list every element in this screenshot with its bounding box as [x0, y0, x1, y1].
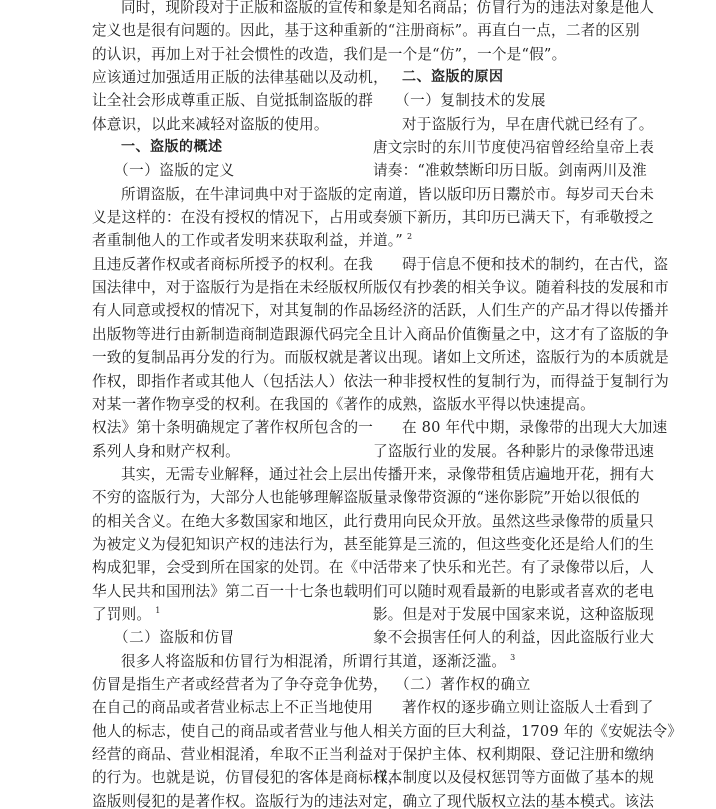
line-text: 了罚则。: [92, 606, 151, 623]
body-text-line: 华人民共和国刑法》第二百一十七条也载明: [92, 580, 344, 603]
body-text-line: 传播开来，录像带租赁店遍地开花，拥有大: [373, 463, 625, 486]
line-text: 碍于信息不便和技术的制约，在古代，盗: [402, 256, 668, 273]
line-text: 其实，无需专业解释，通过社会上层出: [121, 466, 373, 483]
body-text-line: 构成犯罪，会受到所在国家的处罚。在《中: [92, 556, 344, 579]
body-text-line: 让全社会形成尊重正版、自觉抵制盗版的群: [92, 89, 344, 112]
body-text-line: 量录像带资源的“迷你影院”开始以很低的: [373, 486, 625, 509]
line-text: 在自己的商品或者营业标志上不正当地使用: [92, 699, 373, 716]
line-text: 场经济的活跃，人们生产的产品才得以传播并: [373, 302, 669, 319]
body-text-line: 盗版则侵犯的是著作权。盗版行为的违法对: [92, 790, 344, 809]
subsection-heading: （二）盗版和仿冒: [92, 626, 344, 649]
body-text-line: 权法》第十条明确规定了著作权所包含的一: [92, 416, 344, 439]
line-text: 南道，皆以版印历日鬻於市。每岁司天台未: [373, 186, 654, 203]
line-text: 的“注册商标”。再直白一点，二者的区别: [373, 22, 640, 39]
body-text-line: 且违反著作权或者商标所授予的权利。在我: [92, 253, 344, 276]
body-text-line: 影。但是对于发展中国家来说，这种盗版现: [373, 603, 625, 626]
body-text-line: 奏颁下新历，其印历已满天下，有乖敬授之: [373, 206, 625, 229]
line-text: 很多人将盗版和仿冒行为相混淆，所谓: [121, 653, 373, 670]
line-text: 在 80 年代中期，录像带的出现大大加速: [402, 419, 667, 436]
line-text: 行其道，逐渐泛滥。: [373, 653, 506, 670]
line-text: 同时，现阶段对于正版和盗版的宣传和: [121, 0, 373, 16]
paragraph-first-line: 在 80 年代中期，录像带的出现大大加速: [373, 416, 625, 439]
line-text: 量录像带资源的“迷你影院”开始以很低的: [373, 489, 640, 506]
line-text: 为被定义为侵犯知识产权的违法行为，甚至: [92, 536, 373, 553]
body-text-line: 定义也是很有问题的。因此，基于这种重新: [92, 19, 344, 42]
subsection-heading: （一）盗版的定义: [92, 159, 344, 182]
line-text: 象不会损害任何人的利益，因此盗版行业大: [373, 629, 654, 646]
line-text: 议出现。诸如上文所述，盗版行为的本质就是: [373, 349, 669, 366]
line-text: 不穷的盗版行为，大部分人也能够理解盗版: [92, 489, 373, 506]
line-text: 让全社会形成尊重正版、自觉抵制盗版的群: [92, 92, 373, 109]
line-text: 能算是三流的，但这些变化还是给人们的生: [373, 536, 654, 553]
line-text: 一致的复制品再分发的行为。而版权就是著: [92, 349, 373, 366]
body-text-line: 南道，皆以版印历日鬻於市。每岁司天台未: [373, 183, 625, 206]
paragraph-last-line: 道。”2: [373, 229, 625, 252]
line-text: 一、盗版的概述: [121, 139, 223, 155]
line-text: 二、盗版的原因: [402, 69, 504, 85]
right-text-column: 象是知名商品；仿冒行为的违法对象是他人的“注册商标”。再直白一点，二者的区别是一…: [373, 0, 625, 809]
line-text: 的认识，再加上对于社会惯性的改造，我们: [92, 46, 373, 63]
line-text: 费用向民众开放。虽然这些录像带的质量只: [373, 513, 654, 530]
body-text-line: 版仅有抄袭的相关争议。随着科技的发展和市: [373, 276, 625, 299]
line-text: 版仅有抄袭的相关争议。随着科技的发展和市: [373, 279, 669, 296]
body-text-line: 应该通过加强适用正版的法律基础以及动机，: [92, 66, 344, 89]
body-text-line: 们可以随时观看最新的电影或者喜欢的老电: [373, 580, 625, 603]
body-text-line: 国法律中，对于盗版行为是指在未经版权所: [92, 276, 344, 299]
line-text: 象是知名商品；仿冒行为的违法对象是他人: [373, 0, 654, 16]
body-text-line: 他人的标志，使自己的商品或者营业与他人: [92, 720, 344, 743]
line-text: 的相关含义。在绝大多数国家和地区，此行: [92, 513, 373, 530]
body-text-line: 一种非授权性的复制行为，而得益于复制行为: [373, 370, 625, 393]
body-text-line: 出版物等进行由新制造商制造跟源代码完全: [92, 323, 344, 346]
paragraph-first-line: 同时，现阶段对于正版和盗版的宣传和: [92, 0, 344, 19]
line-text: 国法律中，对于盗版行为是指在未经版权所: [92, 279, 373, 296]
line-text: 体意识，以此来减轻对盗版的使用。: [92, 116, 329, 133]
body-text-line: 为被定义为侵犯知识产权的违法行为，甚至: [92, 533, 344, 556]
paragraph-first-line: 著作权的逐步确立则让盗版人士看到了: [373, 696, 625, 719]
paragraph-last-line: 系列人身和财产权利。: [92, 440, 344, 463]
line-text: 定，确立了现代版权立法的基本模式。该法: [373, 793, 654, 809]
paragraph-first-line: 碍于信息不便和技术的制约，在古代，盗: [373, 253, 625, 276]
body-text-line: 能算是三流的，但这些变化还是给人们的生: [373, 533, 625, 556]
section-heading: 一、盗版的概述: [92, 136, 344, 159]
line-text: 的成熟，盗版水平得以快速提高。: [373, 396, 595, 413]
line-text: 样本制度以及侵权惩罚等方面做了基本的规: [373, 769, 654, 786]
line-text: 系列人身和财产权利。: [92, 443, 240, 460]
line-text: 者重制他人的工作或者发明来获取利益，并: [92, 232, 373, 249]
line-text: （二）盗版和仿冒: [114, 629, 235, 646]
body-text-line: 对于保护主体、权利期限、登记注册和缴纳: [373, 743, 625, 766]
body-text-line: 的相关含义。在绝大多数国家和地区，此行: [92, 510, 344, 533]
line-text: 奏颁下新历，其印历已满天下，有乖敬授之: [373, 209, 654, 226]
subsection-heading: （二）著作权的确立: [373, 673, 625, 696]
paragraph-last-line: 是一个是“仿”，一个是“假”。: [373, 43, 625, 66]
body-text-line: 仿冒是指生产者或经营者为了争夺竞争优势，: [92, 673, 344, 696]
body-text-line: 定，确立了现代版权立法的基本模式。该法: [373, 790, 625, 809]
body-text-line: 的认识，再加上对于社会惯性的改造，我们: [92, 43, 344, 66]
body-text-line: 活带来了快乐和光芒。有了录像带以后，人: [373, 556, 625, 579]
line-text: 影。但是对于发展中国家来说，这种盗版现: [373, 606, 654, 623]
body-text-line: 作权，即指作者或其他人（包括法人）依法: [92, 370, 344, 393]
line-text: （二）著作权的确立: [395, 676, 531, 693]
body-text-line: 一致的复制品再分发的行为。而版权就是著: [92, 346, 344, 369]
line-text: 构成犯罪，会受到所在国家的处罚。在《中: [92, 559, 373, 576]
body-text-line: 费用向民众开放。虽然这些录像带的质量只: [373, 510, 625, 533]
paragraph-first-line: 其实，无需专业解释，通过社会上层出: [92, 463, 344, 486]
body-text-line: 了盗版行业的发展。各种影片的录像带迅速: [373, 440, 625, 463]
line-text: 活带来了快乐和光芒。有了录像带以后，人: [373, 559, 654, 576]
body-text-line: 请奏：“准敕禁断印历日版。剑南两川及淮: [373, 159, 625, 182]
body-text-line: 有人同意或授权的情况下，对其复制的作品、: [92, 299, 344, 322]
paragraph-first-line: 对于盗版行为，早在唐代就已经有了。: [373, 113, 625, 136]
body-text-line: 的“注册商标”。再直白一点，二者的区别: [373, 19, 625, 42]
line-text: 著作权的逐步确立则让盗版人士看到了: [402, 699, 654, 716]
line-text: 们可以随时观看最新的电影或者喜欢的老电: [373, 583, 654, 600]
line-text: （一）盗版的定义: [114, 162, 235, 179]
line-text: 所谓盗版，在牛津词典中对于盗版的定: [121, 186, 373, 203]
subsection-heading: （一）复制技术的发展: [373, 89, 625, 112]
line-text: 应该通过加强适用正版的法律基础以及动机，: [92, 69, 388, 86]
line-text: 经营的商品、营业相混淆，牟取不正当利益: [92, 746, 373, 763]
line-text: 他人的标志，使自己的商品或者营业与他人: [92, 723, 373, 740]
body-text-line: 义是这样的：在没有授权的情况下，占用或: [92, 206, 344, 229]
line-text: 道。”: [373, 232, 403, 249]
footnote-marker: 1: [155, 606, 160, 615]
body-text-line: 场经济的活跃，人们生产的产品才得以传播并: [373, 299, 625, 322]
body-text-line: 经营的商品、营业相混淆，牟取不正当利益: [92, 743, 344, 766]
line-text: 传播开来，录像带租赁店遍地开花，拥有大: [373, 466, 654, 483]
line-text: 有人同意或授权的情况下，对其复制的作品、: [92, 302, 388, 319]
paragraph-first-line: 所谓盗版，在牛津词典中对于盗版的定: [92, 183, 344, 206]
body-text-line: 不穷的盗版行为，大部分人也能够理解盗版: [92, 486, 344, 509]
line-text: 出版物等进行由新制造商制造跟源代码完全: [92, 326, 373, 343]
body-text-line: 样本制度以及侵权惩罚等方面做了基本的规: [373, 766, 625, 789]
section-heading: 二、盗版的原因: [373, 66, 625, 89]
line-text: 了盗版行业的发展。各种影片的录像带迅速: [373, 443, 654, 460]
paragraph-last-line: 了罚则。1: [92, 603, 344, 626]
paragraph-first-line: 很多人将盗版和仿冒行为相混淆，所谓: [92, 650, 344, 673]
left-text-column: 同时，现阶段对于正版和盗版的宣传和定义也是很有问题的。因此，基于这种重新的认识，…: [92, 0, 344, 809]
line-text: 盗版则侵犯的是著作权。盗版行为的违法对: [92, 793, 373, 809]
line-text: 权法》第十条明确规定了著作权所包含的一: [92, 419, 373, 436]
paragraph-last-line: 体意识，以此来减轻对盗版的使用。: [92, 113, 344, 136]
line-text: 对于盗版行为，早在唐代就已经有了。: [402, 116, 654, 133]
line-text: 对某一著作物享受的权利。在我国的《著作: [92, 396, 373, 413]
line-text: 的行为。也就是说，仿冒侵犯的客体是商标权，: [92, 769, 403, 786]
body-text-line: 对某一著作物享受的权利。在我国的《著作: [92, 393, 344, 416]
line-text: 相关方面的巨大利益，1709 年的《安妮法令》: [373, 723, 682, 740]
body-text-line: 在自己的商品或者营业标志上不正当地使用: [92, 696, 344, 719]
line-text: 定义也是很有问题的。因此，基于这种重新: [92, 22, 373, 39]
line-text: （一）复制技术的发展: [395, 92, 546, 109]
body-text-line: 者重制他人的工作或者发明来获取利益，并: [92, 229, 344, 252]
line-text: 唐文宗时的东川节度使冯宿曾经给皇帝上表: [373, 139, 654, 156]
body-text-line: 相关方面的巨大利益，1709 年的《安妮法令》: [373, 720, 625, 743]
line-text: 且违反著作权或者商标所授予的权利。在我: [92, 256, 373, 273]
body-text-line: 象不会损害任何人的利益，因此盗版行业大: [373, 626, 625, 649]
body-text-line: 且计入商品价值衡量之中，这才有了盗版的争: [373, 323, 625, 346]
body-text-line: 唐文宗时的东川节度使冯宿曾经给皇帝上表: [373, 136, 625, 159]
body-text-line: 象是知名商品；仿冒行为的违法对象是他人: [373, 0, 625, 19]
line-text: 一种非授权性的复制行为，而得益于复制行为: [373, 373, 669, 390]
line-text: 请奏：“准敕禁断印历日版。剑南两川及淮: [373, 162, 647, 179]
paragraph-last-line: 行其道，逐渐泛滥。3: [373, 650, 625, 673]
line-text: 作权，即指作者或其他人（包括法人）依法: [92, 373, 373, 390]
footnote-marker: 2: [407, 232, 412, 241]
paragraph-last-line: 的成熟，盗版水平得以快速提高。: [373, 393, 625, 416]
line-text: 对于保护主体、权利期限、登记注册和缴纳: [373, 746, 654, 763]
line-text: 仿冒是指生产者或经营者为了争夺竞争优势，: [92, 676, 388, 693]
line-text: 义是这样的：在没有授权的情况下，占用或: [92, 209, 373, 226]
body-text-line: 议出现。诸如上文所述，盗版行为的本质就是: [373, 346, 625, 369]
line-text: 是一个是“仿”，一个是“假”。: [373, 46, 566, 63]
line-text: 且计入商品价值衡量之中，这才有了盗版的争: [373, 326, 669, 343]
footnote-marker: 3: [510, 653, 515, 662]
body-text-line: 的行为。也就是说，仿冒侵犯的客体是商标权，: [92, 766, 344, 789]
line-text: 华人民共和国刑法》第二百一十七条也载明: [92, 583, 373, 600]
